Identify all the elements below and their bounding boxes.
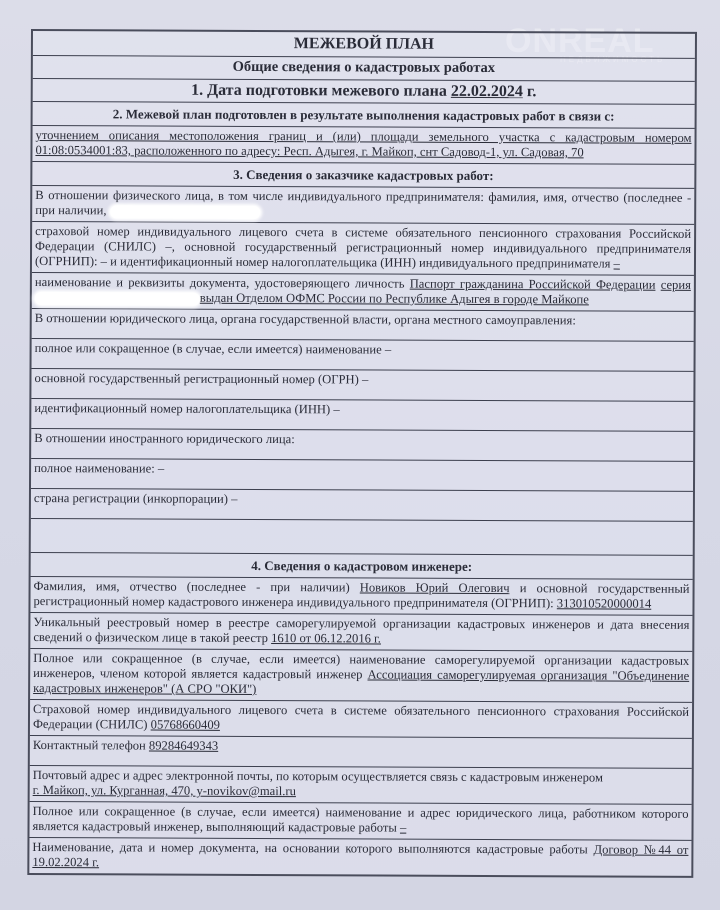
engineer-phone: Контактный телефон 89284649343	[30, 736, 692, 769]
redacted-name	[110, 205, 260, 219]
engineer-registry: Уникальный реестровый номер в реестре са…	[30, 613, 692, 652]
date-suffix: г.	[527, 83, 537, 100]
phone-label: Контактный телефон	[33, 738, 146, 752]
customer-individual-name: В отношении физического лица, в том числ…	[32, 186, 694, 225]
section-2-reason: уточнением описания местоположения грани…	[32, 126, 694, 165]
snils-text: страховой номер индивидуального лицевого…	[35, 224, 691, 271]
legal-entity-heading: В отношении юридического лица, органа го…	[32, 309, 694, 342]
engineer-address: Почтовый адрес и адрес электронной почты…	[30, 766, 692, 805]
foreign-entity-country: страна регистрации (инкорпорации) –	[31, 489, 693, 522]
address-label: Почтовый адрес и адрес электронной почты…	[33, 768, 603, 784]
section-3-heading: 3. Сведения о заказчике кадастровых рабо…	[32, 162, 694, 189]
engineer-snils: Страховой номер индивидуального лицевого…	[30, 700, 692, 739]
preparation-date: 22.02.2024	[451, 83, 523, 100]
engineer-ogrnip: 313010520000014	[557, 596, 652, 610]
snils-value: –	[614, 257, 620, 271]
engineer-sro: Полное или сокращенное (в случае, если и…	[30, 649, 692, 703]
contract-document: Наименование, дата и номер документа, на…	[29, 838, 691, 876]
id-doc-series-label: серия	[661, 278, 691, 292]
empty-row	[31, 519, 693, 556]
id-doc-type: Паспорт гражданина Российской Федерации	[410, 277, 656, 292]
boundary-plan-document: МЕЖЕВОЙ ПЛАН Общие сведения о кадастровы…	[27, 29, 697, 878]
legal-entity-inn: идентификационный номер налогоплательщик…	[31, 399, 693, 432]
id-doc-issuer: выдан Отделом ОФМС России по Республике …	[200, 291, 589, 307]
engineer-snils-label: Страховой номер индивидуального лицевого…	[33, 702, 689, 731]
registry-value: 1610 от 06.12.2016 г.	[271, 631, 381, 645]
document-subtitle: Общие сведения о кадастровых работах	[33, 56, 695, 82]
employer-label: Полное или сокращенное (в случае, если и…	[32, 804, 688, 835]
customer-snils-ogrnip-inn: страховой номер индивидуального лицевого…	[32, 222, 694, 276]
contract-label: Наименование, дата и номер документа, на…	[32, 840, 587, 856]
foreign-entity-heading: В отношении иностранного юридического ли…	[31, 429, 693, 462]
section-1-label: 1. Дата подготовки межевого плана	[191, 82, 447, 100]
legal-entity-ogrn: основной государственный регистрационный…	[31, 369, 693, 402]
section-2-heading: 2. Межевой план подготовлен в результате…	[33, 102, 695, 129]
address-value: г. Майкоп, ул. Курганная, 470, y-novikov…	[33, 783, 296, 798]
engineer-name-ogrnip: Фамилия, имя, отчество (последнее - при …	[30, 577, 692, 616]
engineer-snils-value: 05768660409	[151, 718, 220, 732]
section-4-heading: 4. Сведения о кадастровом инженере:	[31, 553, 693, 580]
customer-id-document: наименование и реквизиты документа, удос…	[32, 273, 694, 312]
foreign-entity-name: полное наименование: –	[31, 459, 693, 492]
employer-value: –	[400, 821, 406, 835]
id-doc-label: наименование и реквизиты документа, удос…	[35, 275, 405, 291]
engineer-name: Новиков Юрий Олегович	[360, 580, 510, 595]
engineer-name-label: Фамилия, имя, отчество (последнее - при …	[34, 579, 350, 594]
legal-entity-name: полное или сокращенное (в случае, если и…	[32, 339, 694, 372]
engineer-employer: Полное или сокращенное (в случае, если и…	[29, 802, 691, 841]
phone-value: 89284649343	[149, 739, 218, 753]
redacted-passport	[35, 292, 200, 306]
section-1-preparation-date: 1. Дата подготовки межевого плана 22.02.…	[33, 79, 695, 105]
document-title: МЕЖЕВОЙ ПЛАН	[33, 31, 695, 59]
cadastral-work-reason: уточнением описания местоположения грани…	[35, 128, 691, 159]
